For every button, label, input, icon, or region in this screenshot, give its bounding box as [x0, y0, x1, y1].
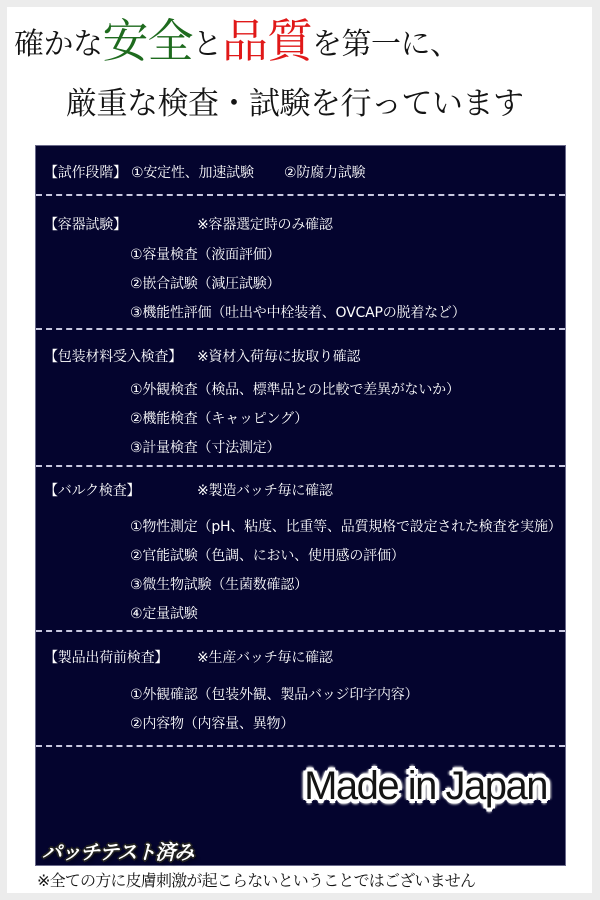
headline-line-2: 厳重な検査・試験を行っています [66, 80, 600, 128]
section-item: ②嵌合試験（減圧試験） [130, 273, 280, 293]
section-title-packaging: 【包装材料受入検査】 [44, 346, 182, 366]
headline-line-1: 確かな安全と品質を第一に、 [14, 16, 600, 70]
section-divider [36, 328, 565, 330]
section-item: ③機能性評価（吐出や中栓装着、OVCAPの脱着など） [130, 302, 466, 322]
section-note: ※資材入荷毎に抜取り確認 [197, 346, 360, 366]
disclaimer-text: ※全ての方に皮膚刺激が起こらないということではございません [37, 868, 475, 891]
section-item: ②官能試験（色調、におい、使用感の評価） [130, 545, 405, 565]
section-divider [36, 630, 565, 632]
section-title-prototype: 【試作段階】 [44, 162, 127, 182]
section-item: ③微生物試験（生菌数確認） [130, 574, 308, 594]
headline-and: と [193, 27, 223, 62]
section-note: ※容器選定時のみ確認 [197, 214, 333, 234]
section-item: ①物性測定（pH、粘度、比重等、品質規格で設定された検査を実施） [130, 516, 562, 536]
section-divider [36, 194, 565, 196]
section-item: ①外観検査（検品、標準品との比較で差異がないか） [130, 379, 460, 399]
section-item: ②内容物（内容量、異物） [130, 713, 294, 733]
section-item: ④定量試験 [130, 603, 198, 623]
section-note: ※製造バッチ毎に確認 [197, 480, 333, 500]
section-item: ①容量検査（液面評価） [130, 244, 280, 264]
section-item: ②防腐力試験 [284, 162, 365, 182]
headline-quality: 品質 [222, 14, 312, 68]
section-title-bulk: 【バルク検査】 [44, 480, 140, 500]
section-divider [36, 465, 565, 467]
headline-prefix: 確かな [14, 27, 103, 62]
section-divider [36, 745, 565, 747]
section-item: ①外観確認（包装外観、製品バッジ印字内容） [130, 684, 418, 704]
headline-safety: 安全 [103, 14, 193, 68]
headline-suffix: を第一に、 [312, 27, 460, 62]
section-note: ※生産バッチ毎に確認 [197, 647, 333, 667]
section-item: ③計量検査（寸法測定） [130, 437, 280, 457]
made-in-japan-badge: Made in Japan [304, 764, 547, 809]
section-item: ②機能検査（キャッピング） [130, 408, 308, 428]
inspection-panel: 【試作段階】 ①安定性、加速試験 ②防腐力試験 【容器試験】 ※容器選定時のみ確… [35, 145, 566, 866]
section-title-pre-shipment: 【製品出荷前検査】 [44, 647, 168, 667]
section-title-container: 【容器試験】 [44, 214, 127, 234]
patch-tested-badge: パッチテスト済み [42, 836, 193, 865]
section-item: ①安定性、加速試験 [131, 162, 254, 182]
